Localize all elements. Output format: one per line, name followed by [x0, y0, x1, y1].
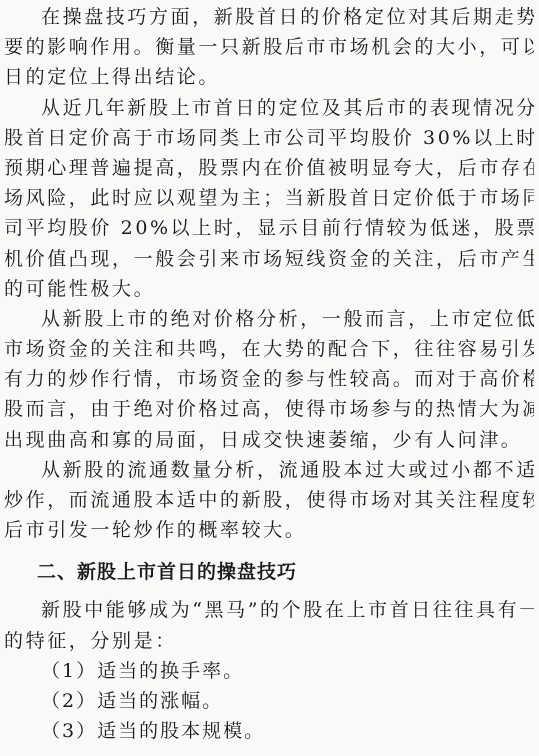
text-line: 从新股上市的绝对价格分析，一般而言，上市定位低价易引起 [4, 304, 534, 334]
text-line: 从新股的流通数量分析，流通股本过大或过小都不适宜市场的 [4, 455, 534, 485]
paragraph-first-day-analysis: 从近几年新股上市首日的定位及其后市的表现情况分析：当新 股首日定价高于市场同类上… [4, 93, 534, 304]
list-item-turnover-rate: （1）适当的换手率。 [4, 656, 534, 686]
text-line: 场风险，此时应以观望为主；当新股首日定价低于市场同类上市公 [4, 183, 534, 213]
paragraph-absolute-price-analysis: 从新股上市的绝对价格分析，一般而言，上市定位低价易引起 市场资金的关注和共鸣，在… [4, 304, 534, 455]
text-line: 预期心理普遍提高，股票内在价值被明显夸大，后市存在极大的市 [4, 153, 534, 183]
list-item-share-capital-scale: （3）适当的股本规模。 [4, 716, 534, 746]
text-line: 炒作，而流通股本适中的新股，使得市场对其关注程度较为集中， [4, 485, 534, 515]
feature-list: （1）适当的换手率。 （2）适当的涨幅。 （3）适当的股本规模。 [4, 656, 534, 747]
paragraph-dark-horse-features: 新股中能够成为“黑马”的个股在上市首日往往具有一些共同 的特征，分别是： [4, 595, 534, 655]
text-line: 股而言，由于绝对价格过高，使得市场参与的热情大为减少，往往 [4, 394, 534, 424]
text-line: 后市引发一轮炒作的概率较大。 [4, 515, 534, 545]
text-line: 有力的炒作行情，市场资金的参与性较高。而对于高价格定位的新 [4, 364, 534, 394]
text-line: 的可能性极大。 [4, 274, 534, 304]
text-line: 市场资金的关注和共鸣，在大势的配合下，往往容易引发一轮强而 [4, 334, 534, 364]
text-line: 股首日定价高于市场同类上市公司平均股价 30%以上时，显示市场 [4, 123, 534, 153]
text-line: 的特征，分别是： [4, 626, 534, 656]
text-line: 从近几年新股上市首日的定位及其后市的表现情况分析：当新 [4, 93, 534, 123]
text-line: 要的影响作用。衡量一只新股后市市场机会的大小，可以从上市当 [4, 32, 534, 62]
section-heading: 二、新股上市首日的操盘技巧 [4, 549, 534, 595]
text-line: 机价值凸现，一般会引来市场短线资金的关注，后市产生一轮行情 [4, 244, 534, 274]
text-line: 司平均股价 20%以上时，显示目前行情较为低迷，股票的投资、投 [4, 213, 534, 243]
text-line: 在操盘技巧方面，新股首日的价格定位对其后期走势将起到重 [4, 2, 534, 32]
paragraph-float-quantity-analysis: 从新股的流通数量分析，流通股本过大或过小都不适宜市场的 炒作，而流通股本适中的新… [4, 455, 534, 546]
text-line: 新股中能够成为“黑马”的个股在上市首日往往具有一些共同 [4, 595, 534, 625]
text-line: 日的定位上得出结论。 [4, 62, 534, 92]
document-page: 在操盘技巧方面，新股首日的价格定位对其后期走势将起到重 要的影响作用。衡量一只新… [4, 2, 534, 746]
text-line: 出现曲高和寡的局面，日成交快速萎缩，少有人问津。 [4, 425, 534, 455]
list-item-price-gain: （2）适当的涨幅。 [4, 686, 534, 716]
paragraph-price-positioning-intro: 在操盘技巧方面，新股首日的价格定位对其后期走势将起到重 要的影响作用。衡量一只新… [4, 2, 534, 93]
